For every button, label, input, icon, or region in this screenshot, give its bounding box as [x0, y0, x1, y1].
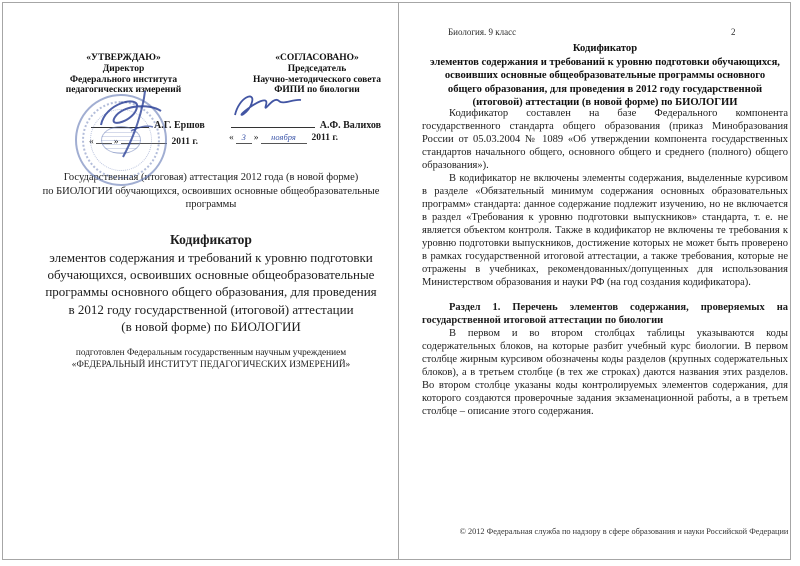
agree-day-value: 3 [236, 132, 252, 144]
agree-date-line: «3» ноября 2011 г. [229, 132, 338, 144]
cover-title-line: программы основного общего образования, … [33, 283, 389, 300]
page2-title-line: Кодификатор [422, 42, 788, 56]
paragraph-2: В кодификатор не включены элементы содер… [422, 172, 788, 289]
page2-title-line: элементов содержания и требований к уров… [422, 56, 788, 70]
subtitle-line: программы [33, 198, 389, 212]
paragraph-3: В первом и во втором столбцах таблицы ук… [422, 327, 788, 418]
approve-heading: «УТВЕРЖДАЮ» [51, 53, 196, 64]
page-1: «УТВЕРЖДАЮ» Директор Федерального инстит… [2, 2, 399, 560]
page2-title-line: освоивших основные общеобразовательные п… [422, 69, 788, 83]
page-2: Биология. 9 класс 2 Кодификатор элементо… [398, 2, 791, 560]
quote-open: « [229, 133, 234, 143]
cover-title-body: элементов содержания и требований к уров… [33, 249, 389, 335]
approve-org-line: Федерального института [51, 75, 196, 86]
prepared-by-block: подготовлен Федеральным государственным … [33, 347, 389, 372]
body-text: Кодификатор составлен на базе Федерально… [422, 107, 788, 418]
prepared-line: подготовлен Федеральным государственным … [33, 347, 389, 359]
agree-signer-name: А.Ф. Валихов [320, 120, 381, 131]
copyright-footer: © 2012 Федеральная служба по надзору в с… [457, 527, 791, 536]
subtitle-line: Государственная (итоговая) аттестация 20… [33, 171, 389, 185]
cover-title-line: (в новой форме) по БИОЛОГИИ [33, 318, 389, 335]
agree-heading: «СОГЛАСОВАНО» [243, 53, 391, 64]
approve-role: Директор [51, 64, 196, 75]
subtitle-line: по БИОЛОГИИ обучающихся, освоивших основ… [33, 185, 389, 199]
cover-title-line: в 2012 году государственной (итоговой) а… [33, 301, 389, 318]
paragraph-1: Кодификатор составлен на базе Федерально… [422, 107, 788, 172]
exam-subtitle: Государственная (итоговая) аттестация 20… [33, 171, 389, 212]
page2-title-line: общего образования, для проведения в 201… [422, 83, 788, 97]
prepared-line: «ФЕДЕРАЛЬНЫЙ ИНСТИТУТ ПЕДАГОГИЧЕСКИХ ИЗМ… [33, 359, 389, 371]
valikhov-signature-icon [227, 89, 322, 121]
ershov-signature-icon [87, 87, 202, 159]
page-number: 2 [731, 27, 736, 37]
agree-month-value: ноября [261, 132, 307, 144]
header-subject: Биология. 9 класс [448, 27, 516, 37]
cover-title-line: обучающихся, освоивших основные общеобра… [33, 266, 389, 283]
agree-role: Председатель [243, 64, 391, 75]
section-1-heading: Раздел 1. Перечень элементов содержания,… [422, 301, 788, 327]
agree-org-line: Научно-методического совета [243, 75, 391, 86]
page2-title: Кодификатор элементов содержания и требо… [422, 42, 788, 110]
quote-close: » [254, 133, 259, 143]
agree-year: 2011 г. [312, 133, 338, 143]
cover-title-line: элементов содержания и требований к уров… [33, 249, 389, 266]
cover-title: Кодификатор [33, 232, 389, 248]
